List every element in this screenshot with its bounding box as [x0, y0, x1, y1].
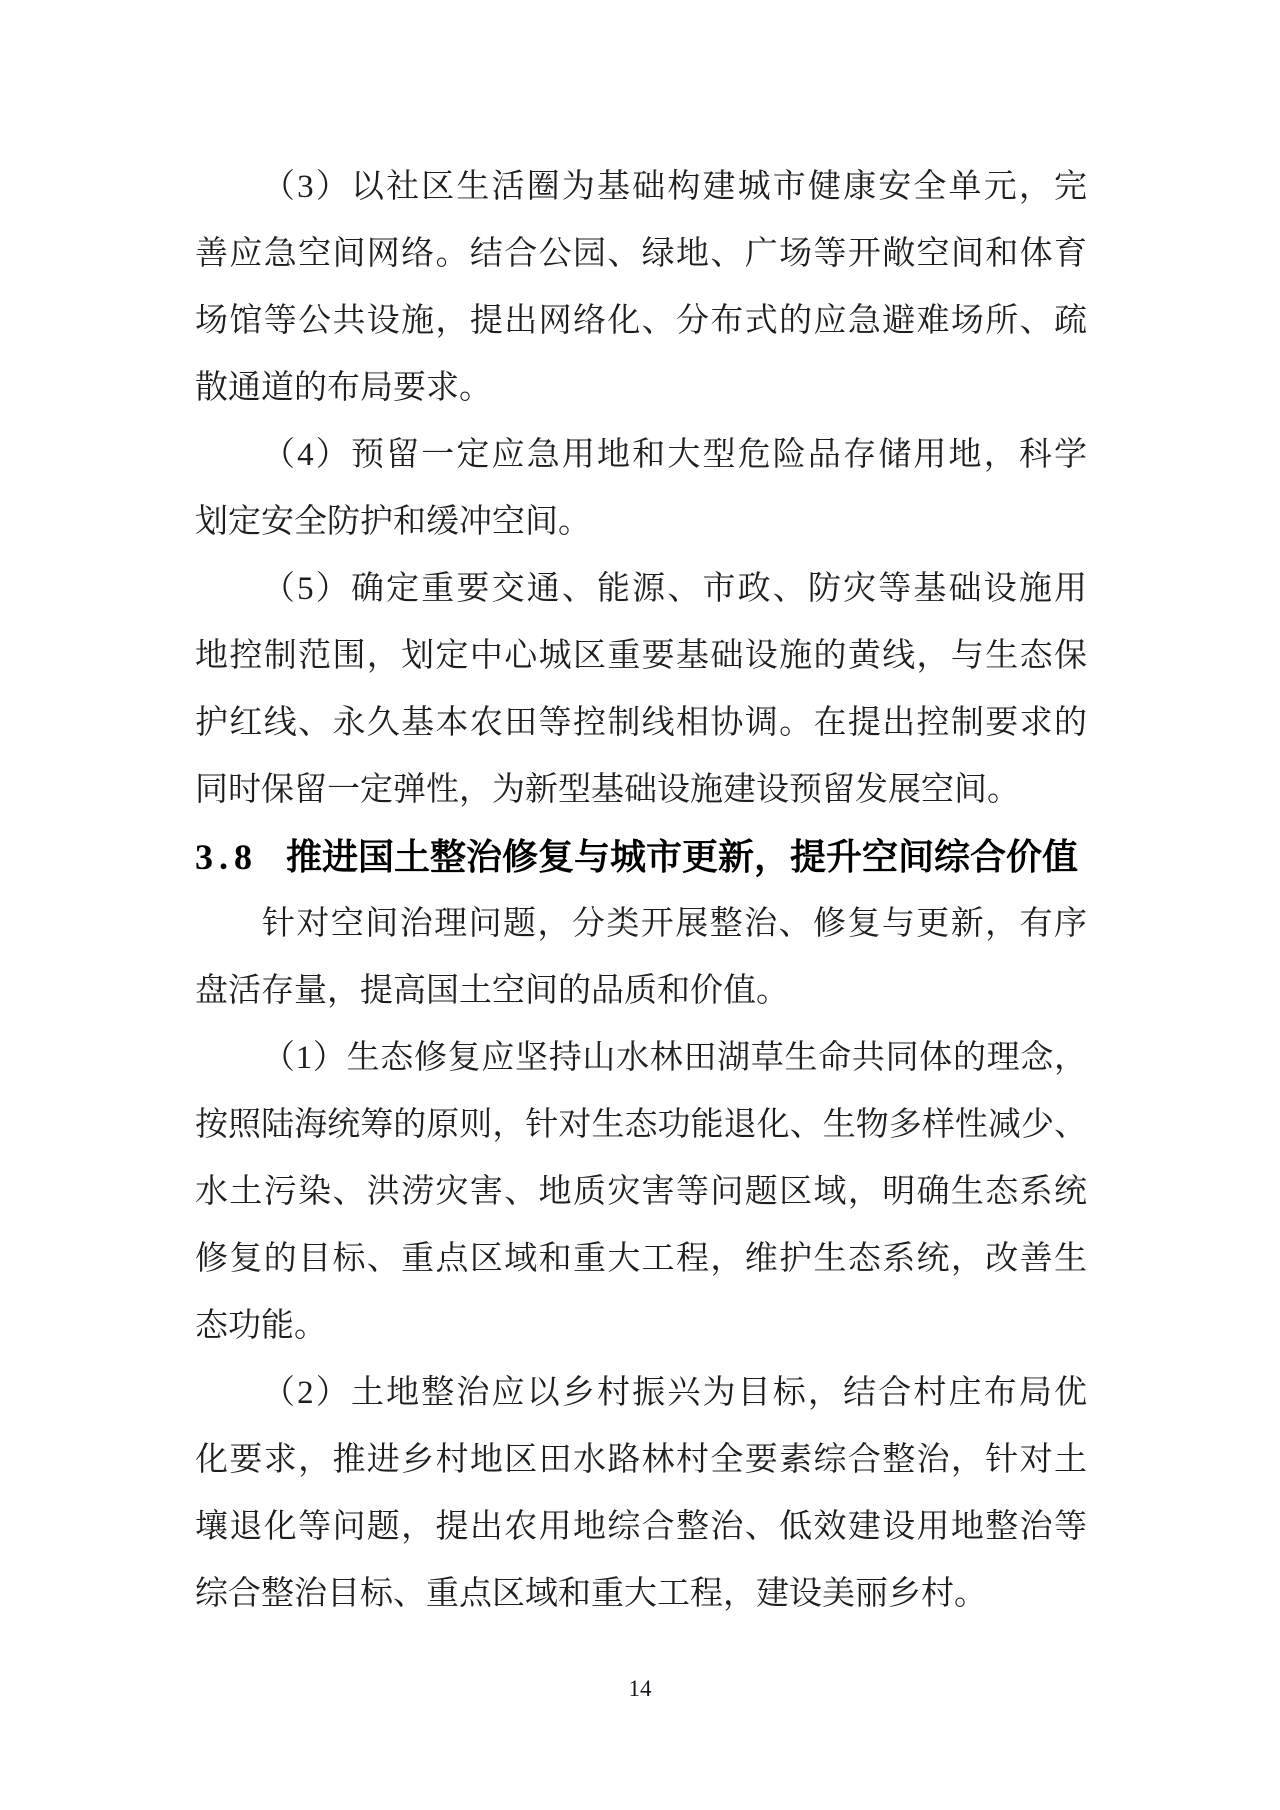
text-line: 散通道的布局要求。	[195, 355, 1087, 422]
text-line: （3）以社区生活圈为基础构建城市健康安全单元，完	[195, 154, 1087, 221]
text-line: 盘活存量，提高国土空间的品质和价值。	[195, 958, 1087, 1025]
text-line: 化要求，推进乡村地区田水路林村全要素综合整治，针对土	[195, 1427, 1087, 1494]
text-line: 态功能。	[195, 1293, 1087, 1360]
text-line: （1）生态修复应坚持山水林田湖草生命共同体的理念，	[195, 1025, 1087, 1092]
text-line: 善应急空间网络。结合公园、绿地、广场等开敞空间和体育	[195, 221, 1087, 288]
section-heading-number: 3.8	[195, 837, 258, 877]
text-line: 水土污染、洪涝灾害、地质灾害等问题区域，明确生态系统	[195, 1159, 1087, 1226]
text-line: 场馆等公共设施，提出网络化、分布式的应急避难场所、疏	[195, 288, 1087, 355]
section-heading-title: 推进国土整治修复与城市更新，提升空间综合价值	[286, 837, 1078, 877]
text-line: （2）土地整治应以乡村振兴为目标，结合村庄布局优	[195, 1360, 1087, 1427]
text-line: （5）确定重要交通、能源、市政、防灾等基础设施用	[195, 556, 1087, 623]
text-line: 按照陆海统筹的原则，针对生态功能退化、生物多样性减少、	[195, 1092, 1087, 1159]
text-line: 同时保留一定弹性，为新型基础设施建设预留发展空间。	[195, 757, 1087, 824]
document-page: （3）以社区生活圈为基础构建城市健康安全单元，完善应急空间网络。结合公园、绿地、…	[0, 0, 1280, 1810]
section-heading: 3.8推进国土整治修复与城市更新，提升空间综合价值	[195, 824, 1087, 891]
text-line: （4）预留一定应急用地和大型危险品存储用地，科学	[195, 422, 1087, 489]
page-number: 14	[0, 1674, 1280, 1704]
text-line: 修复的目标、重点区域和重大工程，维护生态系统，改善生	[195, 1226, 1087, 1293]
document-lines: （3）以社区生活圈为基础构建城市健康安全单元，完善应急空间网络。结合公园、绿地、…	[195, 154, 1087, 1628]
text-line: 综合整治目标、重点区域和重大工程，建设美丽乡村。	[195, 1561, 1087, 1628]
text-line: 护红线、永久基本农田等控制线相协调。在提出控制要求的	[195, 690, 1087, 757]
text-line: 壤退化等问题，提出农用地综合整治、低效建设用地整治等	[195, 1494, 1087, 1561]
text-line: 划定安全防护和缓冲空间。	[195, 489, 1087, 556]
text-line: 针对空间治理问题，分类开展整治、修复与更新，有序	[195, 891, 1087, 958]
text-line: 地控制范围，划定中心城区重要基础设施的黄线，与生态保	[195, 623, 1087, 690]
